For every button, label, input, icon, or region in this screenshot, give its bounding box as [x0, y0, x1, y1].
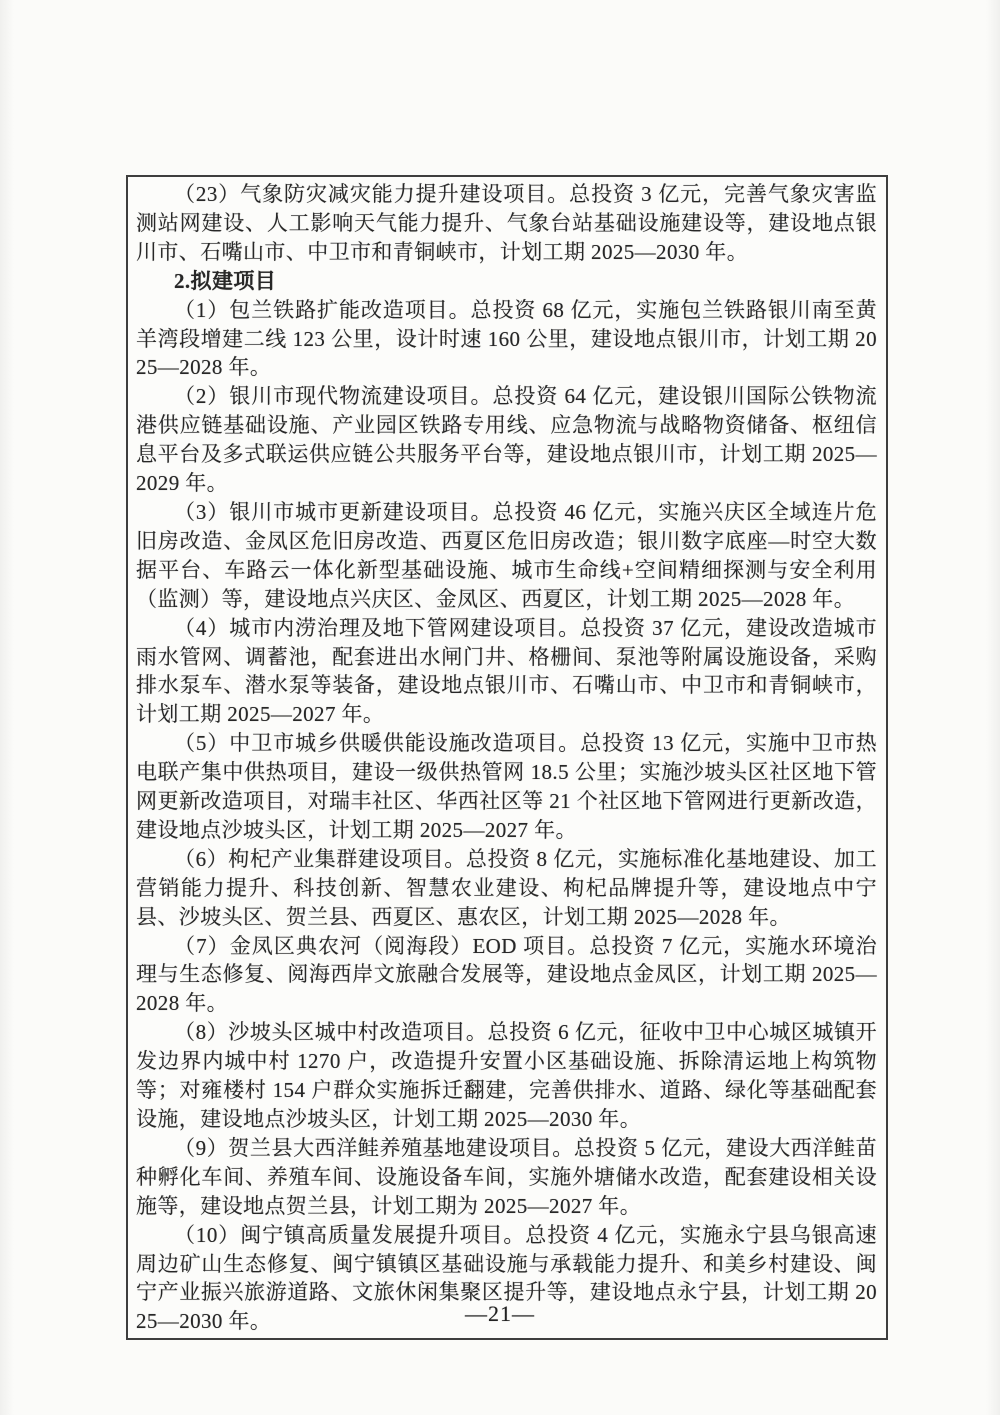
page-number: —21— — [0, 1301, 1000, 1327]
paragraph-item-23: （23）气象防灾减灾能力提升建设项目。总投资 3 亿元，完善气象灾害监测站网建设… — [136, 180, 877, 267]
project-list-table-cell: （23）气象防灾减灾能力提升建设项目。总投资 3 亿元，完善气象灾害监测站网建设… — [126, 175, 888, 1340]
paragraph-item-4: （4）城市内涝治理及地下管网建设项目。总投资 37 亿元，建设改造城市雨水管网、… — [136, 614, 877, 730]
paragraph-item-8: （8）沙坡头区城中村改造项目。总投资 6 亿元，征收中卫中心城区城镇开发边界内城… — [136, 1018, 877, 1134]
paragraph-item-1: （1）包兰铁路扩能改造项目。总投资 68 亿元，实施包兰铁路银川南至黄羊湾段增建… — [136, 296, 877, 383]
section-heading-planned-projects: 2.拟建项目 — [136, 267, 877, 296]
paragraph-item-6: （6）枸杞产业集群建设项目。总投资 8 亿元，实施标准化基地建设、加工营销能力提… — [136, 845, 877, 932]
paragraph-item-9: （9）贺兰县大西洋鲑养殖基地建设项目。总投资 5 亿元，建设大西洋鲑苗种孵化车间… — [136, 1134, 877, 1221]
document-page: （23）气象防灾减灾能力提升建设项目。总投资 3 亿元，完善气象灾害监测站网建设… — [0, 0, 1000, 1415]
paragraph-item-7: （7）金凤区典农河（阅海段）EOD 项目。总投资 7 亿元，实施水环境治理与生态… — [136, 932, 877, 1019]
paragraph-item-5: （5）中卫市城乡供暖供能设施改造项目。总投资 13 亿元，实施中卫市热电联产集中… — [136, 729, 877, 845]
paragraph-item-3: （3）银川市城市更新建设项目。总投资 46 亿元，实施兴庆区全域连片危旧房改造、… — [136, 498, 877, 614]
paragraph-item-2: （2）银川市现代物流建设项目。总投资 64 亿元，建设银川国际公铁物流港供应链基… — [136, 382, 877, 498]
